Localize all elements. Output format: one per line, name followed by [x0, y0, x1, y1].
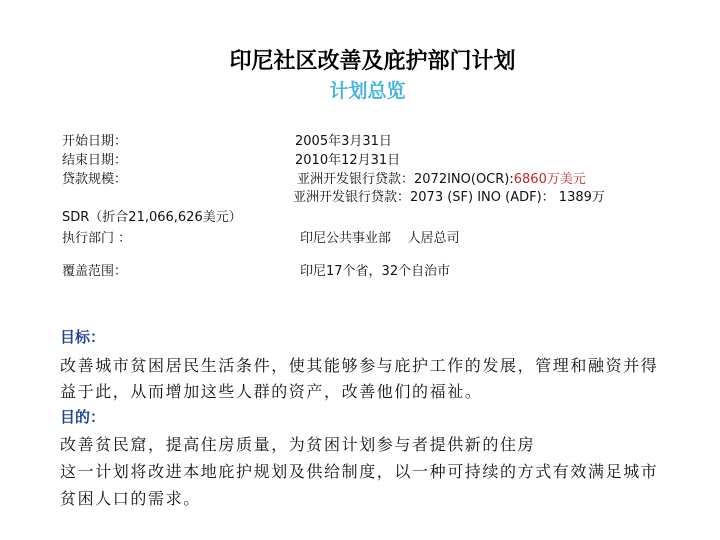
purpose-line: 贫困人口的需求。 [60, 486, 201, 509]
purpose-line: 改善贫民窟，提高住房质量，为贫困计划参与者提供新的住房 [60, 432, 535, 455]
start-date-label: 开始日期： [62, 134, 127, 150]
loan-ocr-amount: 6860万美元 [514, 172, 586, 187]
coverage-label: 覆盖范围： [62, 264, 127, 280]
coverage-value: 印尼17个省，32个自治市 [300, 264, 450, 280]
start-date-value: 2005年3月31日 [295, 134, 392, 150]
purpose-heading: 目的： [60, 406, 105, 427]
loan-ocr-text: 亚洲开发银行贷款：2072INO(OCR): [297, 172, 514, 187]
executing-agency-value: 印尼公共事业部 人居总司 [300, 231, 460, 247]
end-date-value: 2010年12月31日 [295, 153, 400, 169]
page-title: 印尼社区改善及庇护部门计划 [0, 44, 720, 75]
loan-size-sdr: SDR（折合21,066,626美元） [62, 210, 242, 226]
goal-heading: 目标： [60, 326, 105, 347]
loan-size-label: 贷款规模： [62, 172, 127, 188]
goal-line: 改善城市贫困居民生活条件，使其能够参与庇护工作的发展，管理和融资并得 [60, 353, 658, 376]
end-date-label: 结束日期： [62, 153, 127, 169]
loan-size-line1: 亚洲开发银行贷款：2072INO(OCR):6860万美元 [297, 172, 586, 188]
goal-line: 益于此，从而增加这些人群的资产，改善他们的福祉。 [60, 379, 482, 402]
page-subtitle: 计划总览 [0, 76, 720, 103]
loan-size-line2: 亚洲开发银行贷款：2073 (SF) INO (ADF)： 1389万 [293, 190, 605, 206]
purpose-line: 这一计划将改进本地庇护规划及供给制度，以一种可持续的方式有效满足城市 [60, 459, 658, 482]
executing-agency-label: 执行部门 ： [62, 231, 131, 247]
